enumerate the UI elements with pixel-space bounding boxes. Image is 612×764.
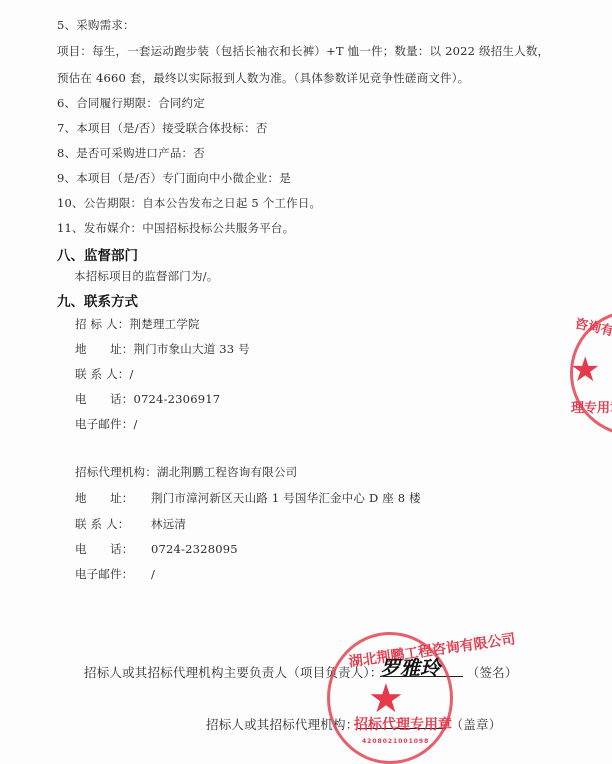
- agency-phone-label: 电 话：: [75, 541, 151, 557]
- tenderer-email-row: 电子邮件：/: [75, 416, 138, 432]
- handwritten-signature: 罗雅玲: [380, 652, 440, 681]
- side-stamp-star-icon: ★: [570, 350, 600, 390]
- item-6: 6、合同履行期限：合同约定: [57, 95, 205, 111]
- item-5-line-1: 项目：每生，一套运动跑步装（包括长袖衣和长裤）+T 恤一件；数量：以 2022 …: [57, 43, 549, 59]
- agency-email: /: [151, 567, 155, 581]
- item-9: 9、本项目（是/否）专门面向中小微企业：是: [57, 170, 291, 186]
- tenderer-contact-row: 联 系 人：/: [75, 366, 134, 382]
- tenderer-phone-row: 电 话：0724-2306917: [75, 391, 220, 407]
- supervision-heading: 八、监督部门: [57, 244, 138, 264]
- agency-contact-row: 联 系 人：林远清: [75, 516, 186, 532]
- agency-email-row: 电子邮件：/: [75, 566, 155, 582]
- item-11: 11、发布媒介：中国招标投标公共服务平台。: [57, 220, 294, 236]
- principal-signature-row: 招标人或其招标代理机构主要负责人（项目负责人）： （签名）: [84, 663, 518, 681]
- agency-name-label: 招标代理机构：: [75, 465, 157, 479]
- tenderer-email: /: [134, 417, 138, 431]
- principal-suffix: （签名）: [467, 665, 518, 680]
- agency-name: 湖北荆鹏工程咨询有限公司: [157, 465, 297, 479]
- agency-contact: 林远清: [151, 517, 186, 531]
- tenderer-email-label: 电子邮件：: [75, 417, 134, 431]
- item-8: 8、是否可采购进口产品：否: [57, 145, 205, 161]
- contact-heading: 九、联系方式: [57, 290, 138, 310]
- tenderer-contact-label: 联 系 人：: [75, 367, 130, 381]
- tenderer-contact: /: [130, 367, 134, 381]
- tenderer-phone-label: 电 话：: [75, 392, 134, 406]
- agency-address-label: 地 址：: [75, 490, 151, 506]
- item-10: 10、公告期限：自本公告发布之日起 5 个工作日。: [57, 195, 321, 211]
- tenderer-address: 荆门市象山大道 33 号: [134, 342, 250, 356]
- agency-phone-row: 电 话：0724-2328095: [75, 541, 238, 557]
- main-stamp-number: 4208021001098: [362, 738, 429, 745]
- tenderer-address-label: 地 址：: [75, 342, 134, 356]
- agency-phone: 0724-2328095: [151, 542, 238, 556]
- item-5-title: 5、采购需求：: [57, 17, 135, 33]
- tenderer-address-row: 地 址：荆门市象山大道 33 号: [75, 341, 250, 357]
- agency-address-row: 地 址：荆门市漳河新区天山路 1 号国华汇金中心 D 座 8 楼: [75, 490, 421, 506]
- agency-contact-label: 联 系 人：: [75, 516, 151, 532]
- tenderer-phone: 0724-2306917: [134, 392, 221, 406]
- agency-email-label: 电子邮件：: [75, 566, 151, 582]
- tenderer-name-label: 招 标 人：: [75, 317, 130, 331]
- tenderer-name: 荆楚理工学院: [130, 317, 200, 331]
- supervision-text: 本招标项目的监督部门为/。: [74, 268, 218, 284]
- agency-name-row: 招标代理机构：湖北荆鹏工程咨询有限公司: [75, 464, 297, 480]
- main-stamp-bottom-text: 招标代理专用章: [354, 714, 452, 734]
- agency-address: 荆门市漳河新区天山路 1 号国华汇金中心 D 座 8 楼: [151, 491, 421, 505]
- org-suffix: （盖章）: [451, 717, 502, 732]
- item-5-line-2: 预估在 4660 套，最终以实际报到人数为准。（具体参数详见竞争性磋商文件）。: [57, 70, 469, 86]
- side-stamp-bottom-text: 理专用章: [571, 397, 612, 416]
- tenderer-name-row: 招 标 人：荆楚理工学院: [75, 316, 200, 332]
- item-7: 7、本项目（是/否）接受联合体投标：否: [57, 120, 268, 136]
